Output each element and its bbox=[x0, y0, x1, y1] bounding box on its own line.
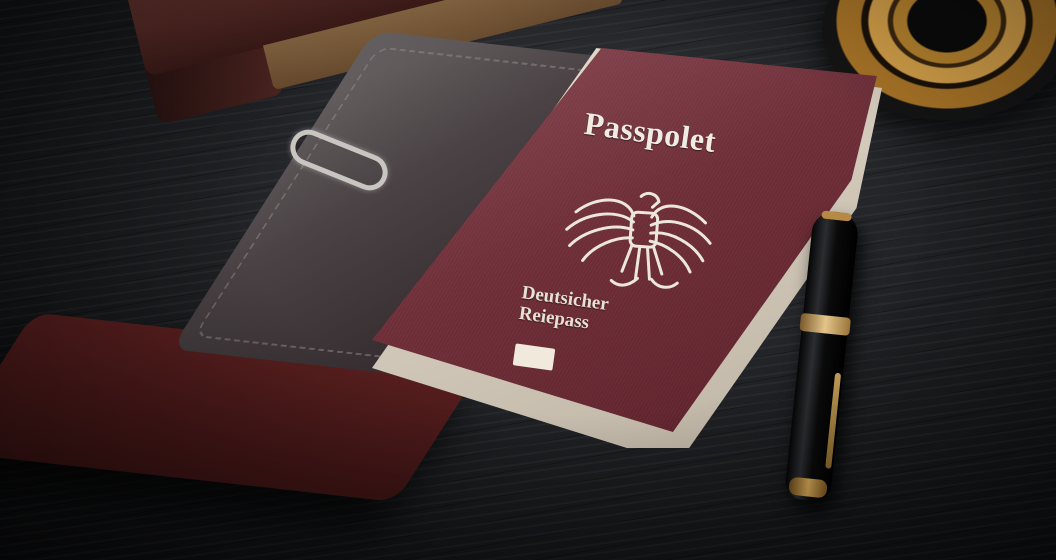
eagle-emblem-icon bbox=[550, 181, 717, 304]
pen-end-cap bbox=[788, 477, 828, 499]
